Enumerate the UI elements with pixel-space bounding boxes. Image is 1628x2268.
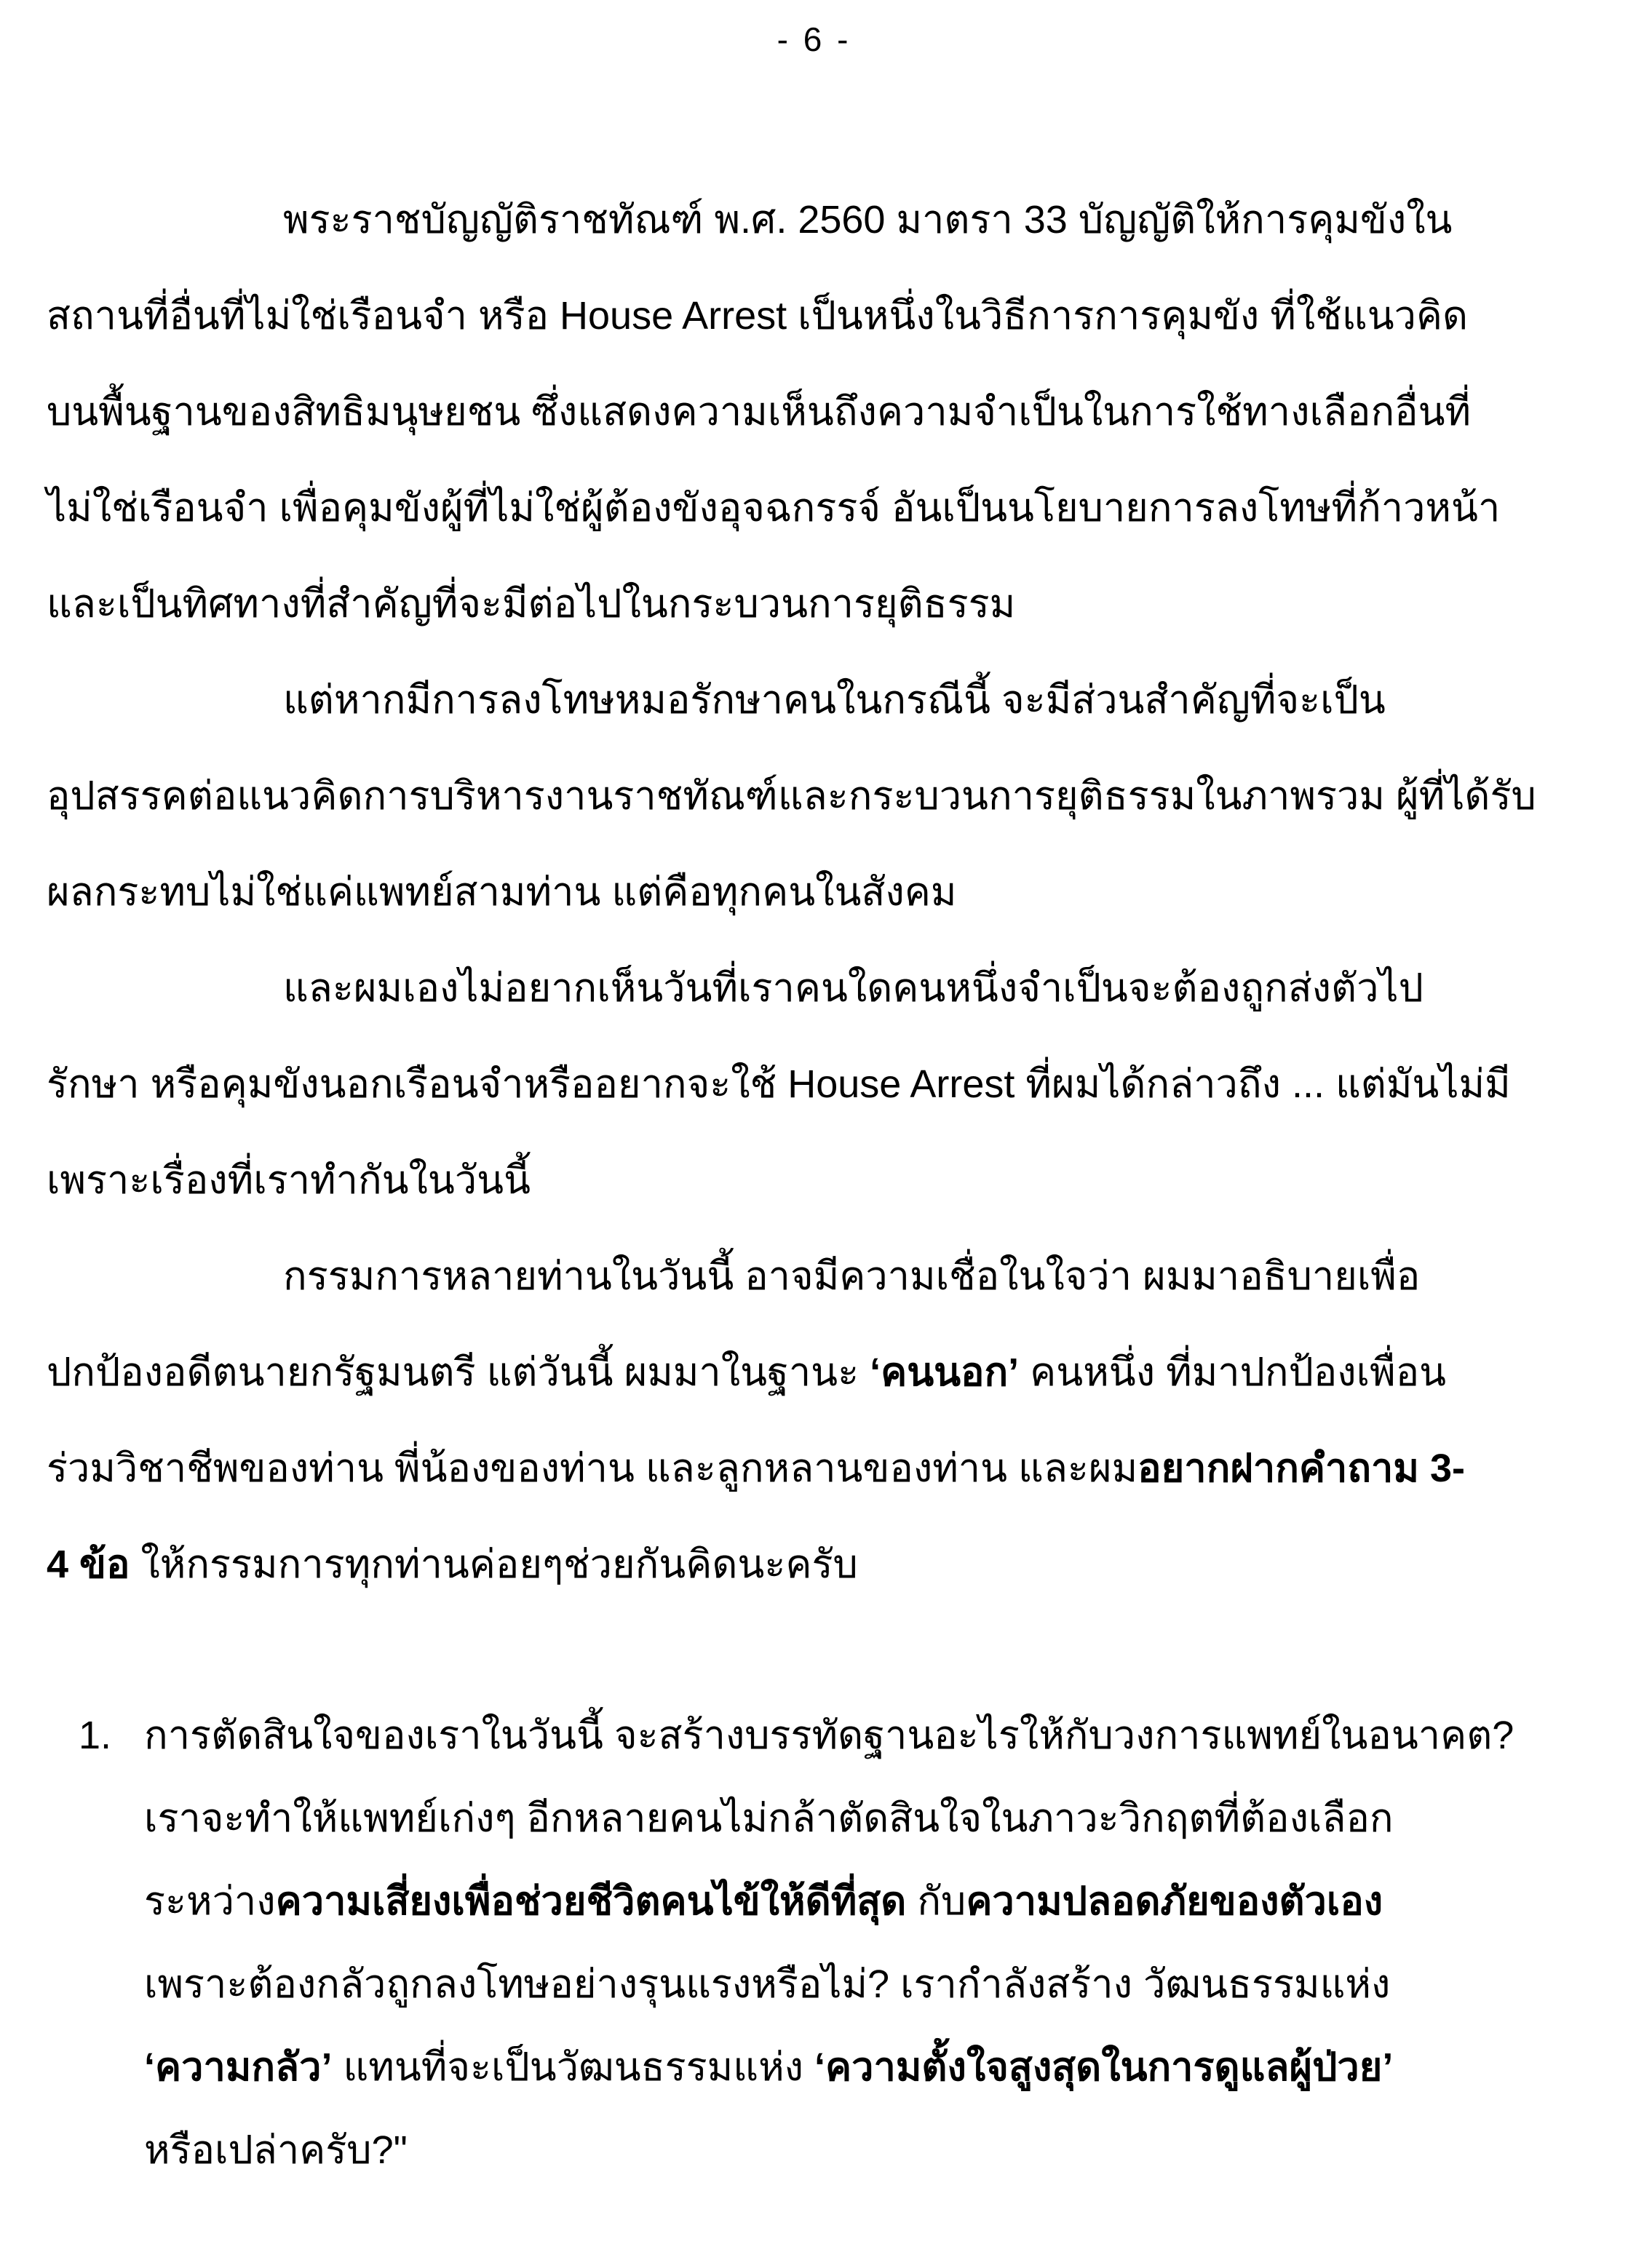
page-header: - 6 - [0,0,1628,61]
numbered-list: 1.การตัดสินใจของเราในวันนี้ จะสร้างบรรทั… [47,1694,1581,2192]
text-line: รักษา หรือคุมขังนอกเรือนจำหรืออยากจะใช้ … [47,1036,1581,1132]
text-segment: ร่วมวิชาชีพของท่าน พี่น้องของท่าน และลูก… [47,1447,1137,1490]
text-segment: อยากฝากคำถาม 3- [1137,1447,1465,1490]
text-line: และเป็นทิศทางที่สำคัญที่จะมีต่อไปในกระบว… [47,556,1581,652]
text-segment: หรือเปล่าครับ?" [144,2128,408,2172]
list-item-marker: 1. [79,1694,144,1777]
text-segment: แทนที่จะเป็นวัฒนธรรมแห่ง [332,2045,814,2089]
text-line: พระราชบัญญัติราชทัณฑ์ พ.ศ. 2560 มาตรา 33… [47,172,1581,268]
text-line: ปกป้องอดีตนายกรัฐมนตรี แต่วันนี้ ผมมาในฐ… [47,1324,1581,1420]
text-segment: เพราะเรื่องที่เราทำกันในวันนี้ [47,1158,531,1202]
text-line: กรรมการหลายท่านในวันนี้ อาจมีความเชื่อใน… [47,1228,1581,1324]
text-segment: 4 ข้อ [47,1543,130,1586]
text-line: แต่หากมีการลงโทษหมอรักษาคนในกรณีนี้ จะมี… [47,652,1581,748]
text-line: เพราะเรื่องที่เราทำกันในวันนี้ [47,1132,1581,1228]
document-body: พระราชบัญญัติราชทัณฑ์ พ.ศ. 2560 มาตรา 33… [0,172,1628,2192]
text-segment: ไม่ใช่เรือนจำ เพื่อคุมขังผู้ที่ไม่ใช่ผู้… [47,486,1500,530]
text-segment: อุปสรรคต่อแนวคิดการบริหารงานราชทัณฑ์และก… [47,774,1536,818]
text-line: การตัดสินใจของเราในวันนี้ จะสร้างบรรทัดฐ… [144,1694,1581,1777]
text-line: เราจะทำให้แพทย์เก่งๆ อีกหลายคนไม่กล้าตัด… [144,1777,1581,1860]
page-number: - 6 - [777,20,851,58]
text-segment: และเป็นทิศทางที่สำคัญที่จะมีต่อไปในกระบว… [47,582,1015,626]
text-segment: ผลกระทบไม่ใช่แค่แพทย์สามท่าน แต่คือทุกคน… [47,870,956,914]
text-segment: กับ [906,1879,966,1923]
text-segment: ปกป้องอดีตนายกรัฐมนตรี แต่วันนี้ ผมมาในฐ… [47,1350,870,1394]
text-segment: สถานที่อื่นที่ไม่ใช่เรือนจำ หรือ House A… [47,294,1468,338]
text-segment: เราจะทำให้แพทย์เก่งๆ อีกหลายคนไม่กล้าตัด… [144,1797,1394,1840]
text-line: หรือเปล่าครับ?" [144,2109,1581,2192]
text-segment: ‘ความกลัว’ [144,2045,332,2089]
text-line: 4 ข้อ ให้กรรมการทุกท่านค่อยๆช่วยกันคิดนะ… [47,1516,1581,1612]
text-segment: การตัดสินใจของเราในวันนี้ จะสร้างบรรทัดฐ… [144,1714,1514,1757]
text-segment: ความเสี่ยงเพื่อช่วยชีวิตคนไข้ให้ดีที่สุด [276,1879,907,1923]
text-line: บนพื้นฐานของสิทธิมนุษยชน ซึ่งแสดงความเห็… [47,364,1581,460]
text-segment: พระราชบัญญัติราชทัณฑ์ พ.ศ. 2560 มาตรา 33… [283,198,1452,242]
text-segment: ให้กรรมการทุกท่านค่อยๆช่วยกันคิดนะครับ [130,1543,857,1586]
text-segment: ‘คนนอก’ [870,1350,1019,1394]
text-segment: เพราะต้องกลัวถูกลงโทษอย่างรุนแรงหรือไม่?… [144,1962,1390,2006]
text-segment: แต่หากมีการลงโทษหมอรักษาคนในกรณีนี้ จะมี… [283,678,1386,722]
text-line: สถานที่อื่นที่ไม่ใช่เรือนจำ หรือ House A… [47,268,1581,364]
text-segment: รักษา หรือคุมขังนอกเรือนจำหรืออยากจะใช้ … [47,1062,1511,1106]
text-segment: บนพื้นฐานของสิทธิมนุษยชน ซึ่งแสดงความเห็… [47,390,1471,434]
text-segment: และผมเองไม่อยากเห็นวันที่เราคนใดคนหนึ่งจ… [283,966,1423,1010]
text-line: อุปสรรคต่อแนวคิดการบริหารงานราชทัณฑ์และก… [47,748,1581,844]
text-line: ‘ความกลัว’ แทนที่จะเป็นวัฒนธรรมแห่ง ‘ควา… [144,2026,1581,2109]
text-segment: ‘ความตั้งใจสูงสุดในการดูแลผู้ป่วย’ [814,2045,1393,2089]
text-line: ไม่ใช่เรือนจำ เพื่อคุมขังผู้ที่ไม่ใช่ผู้… [47,460,1581,556]
text-segment: ความปลอดภัยของตัวเอง [966,1879,1383,1923]
list-item-lines: การตัดสินใจของเราในวันนี้ จะสร้างบรรทัดฐ… [144,1694,1581,2192]
text-segment: คนหนึ่ง ที่มาปกป้องเพื่อน [1019,1350,1446,1394]
text-line: ผลกระทบไม่ใช่แค่แพทย์สามท่าน แต่คือทุกคน… [47,844,1581,940]
body-paragraphs: พระราชบัญญัติราชทัณฑ์ พ.ศ. 2560 มาตรา 33… [47,172,1581,1612]
text-line: ร่วมวิชาชีพของท่าน พี่น้องของท่าน และลูก… [47,1420,1581,1516]
text-line: ระหว่างความเสี่ยงเพื่อช่วยชีวิตคนไข้ให้ด… [144,1860,1581,1943]
list-item: 1.การตัดสินใจของเราในวันนี้ จะสร้างบรรทั… [79,1694,1581,2192]
text-line: เพราะต้องกลัวถูกลงโทษอย่างรุนแรงหรือไม่?… [144,1943,1581,2026]
text-segment: ระหว่าง [144,1879,276,1923]
text-line: และผมเองไม่อยากเห็นวันที่เราคนใดคนหนึ่งจ… [47,940,1581,1036]
text-segment: กรรมการหลายท่านในวันนี้ อาจมีความเชื่อใน… [283,1254,1420,1298]
